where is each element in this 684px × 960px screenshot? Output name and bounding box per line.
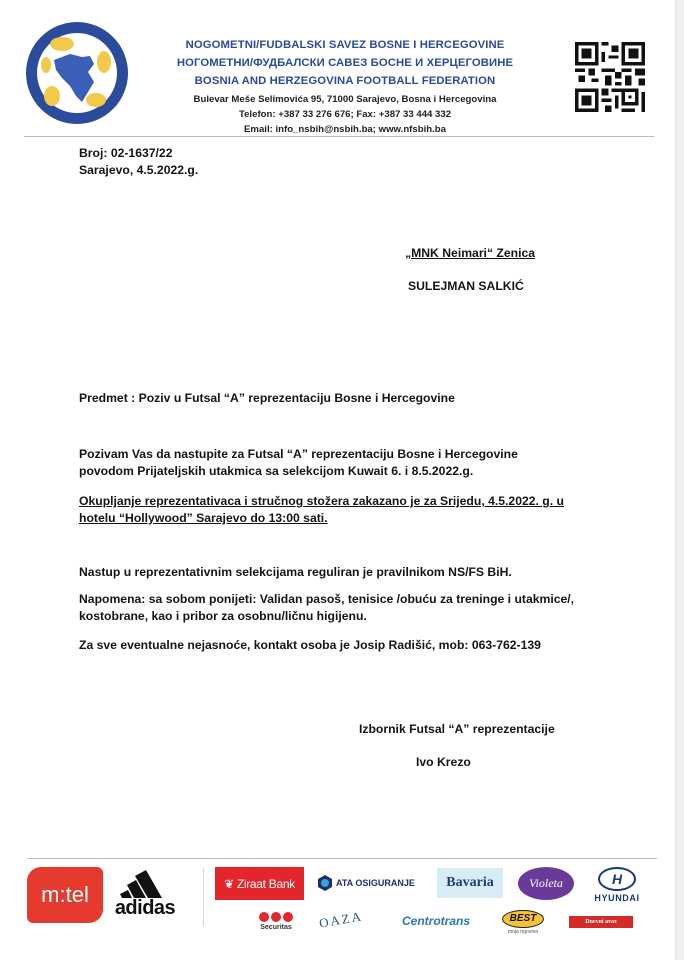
dnevni-avaz-logo: Dnevni avaz (569, 916, 633, 928)
bavaria-logo-text: Bavaria (446, 875, 493, 891)
org-name-latin: NOGOMETNI/FUDBALSKI SAVEZ BOSNE I HERCEG… (150, 36, 540, 54)
ziraat-bank-logo-text: Ziraat Bank (237, 877, 295, 891)
securitas-dots-icon (259, 912, 293, 922)
gathering-line-2: hotelu “Hollywood” Sarajevo do 13:00 sat… (79, 510, 328, 527)
mtel-logo: m:tel (27, 867, 103, 923)
hyundai-h-icon: H (598, 867, 636, 891)
centrotrans-logo-text: Centrotrans (402, 914, 470, 928)
oaza-logo: OAZA (316, 904, 365, 936)
org-email-web: Email: info_nsbih@nsbih.ba; www.nfsbih.b… (150, 122, 540, 137)
violeta-logo: Violeta (518, 867, 574, 900)
best-logo: BEST moja trgovina (501, 908, 545, 936)
gathering-line-1: Okupljanje reprezentativaca i stručnog s… (79, 493, 564, 510)
federation-crest-icon (24, 20, 130, 126)
securitas-logo: Securitas (251, 908, 301, 934)
hyundai-logo-text: HYUNDAI (594, 893, 639, 903)
ata-osiguranje-logo: ATA OSIGURANJE (318, 872, 426, 894)
violeta-logo-text: Violeta (529, 876, 563, 891)
org-name-cyrillic: НОГОМЕТНИ/ФУДБАЛСКИ САВЕЗ БОСНЕ И ХЕРЦЕГ… (150, 54, 540, 72)
invite-line-2: povodom Prijateljskih utakmica sa selekc… (79, 463, 473, 480)
securitas-logo-text: Securitas (260, 924, 292, 931)
ziraat-bank-logo: ❦ Ziraat Bank (215, 867, 304, 900)
recipient-person: SULEJMAN SALKIĆ (408, 278, 524, 295)
best-logo-text: BEST (502, 910, 544, 928)
page-edge (675, 0, 684, 960)
ata-hexagon-icon (318, 875, 332, 891)
letterhead-text: NOGOMETNI/FUDBALSKI SAVEZ BOSNE I HERCEG… (150, 36, 540, 137)
note-line-2: kostobrane, kao i pribor za osobnu/ličnu… (79, 608, 367, 625)
header-divider (24, 136, 654, 137)
org-name-english: BOSNIA AND HERZEGOVINA FOOTBALL FEDERATI… (150, 72, 540, 90)
recipient-club: „MNK Neimari“ Zenica (405, 245, 535, 262)
hyundai-logo: H HYUNDAI (588, 866, 646, 904)
mtel-logo-text: m:tel (41, 882, 89, 908)
dnevni-avaz-logo-text: Dnevni avaz (585, 919, 617, 925)
org-address: Bulevar Meše Selimovića 95, 71000 Saraje… (150, 92, 540, 107)
invite-line-1: Pozivam Vas da nastupite za Futsal “A” r… (79, 446, 518, 463)
reference-number: Broj: 02-1637/22 (79, 145, 173, 162)
wheat-icon: ❦ (224, 877, 234, 891)
oaza-logo-text: OAZA (318, 908, 364, 931)
reference-place-date: Sarajevo, 4.5.2022.g. (79, 162, 198, 179)
sponsor-separator (203, 868, 204, 926)
adidas-logo: adidas (105, 864, 185, 922)
best-logo-subtext: moja trgovina (508, 929, 538, 935)
adidas-logo-text: adidas (115, 898, 175, 918)
regulation-note: Nastup u reprezentativnim selekcijama re… (79, 564, 512, 581)
note-line-1: Napomena: sa sobom ponijeti: Validan pas… (79, 591, 574, 608)
org-phone-fax: Telefon: +387 33 276 676; Fax: +387 33 4… (150, 107, 540, 122)
ata-osiguranje-logo-text: ATA OSIGURANJE (336, 878, 415, 888)
footer-divider (27, 858, 657, 859)
adidas-stripes-icon (120, 868, 170, 898)
signature-title: Izbornik Futsal “A” reprezentacije (359, 721, 555, 738)
letter-subject: Predmet : Poziv u Futsal “A” reprezentac… (79, 390, 455, 407)
contact-info: Za sve eventualne nejasnoće, kontakt oso… (79, 637, 541, 654)
bavaria-logo: Bavaria (437, 868, 503, 898)
centrotrans-logo: Centrotrans (394, 911, 478, 931)
qr-code-icon (575, 42, 645, 112)
signature-name: Ivo Krezo (416, 754, 471, 771)
